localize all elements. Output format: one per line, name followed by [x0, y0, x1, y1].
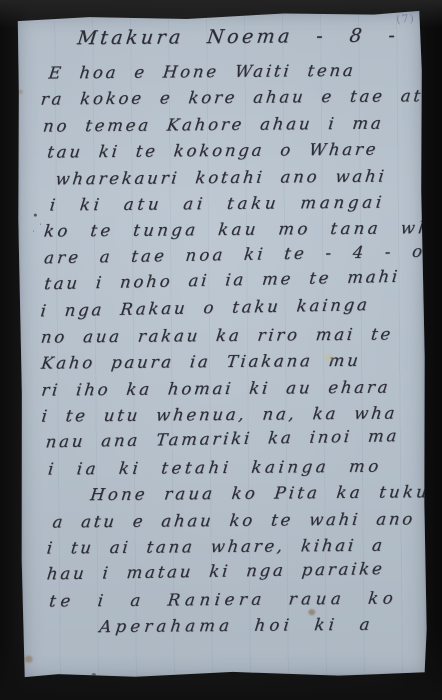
letter-line: nau ana Tamariki ka inoi ma — [20, 426, 425, 459]
letter-line: no aua rakau ka riro mai te — [19, 324, 424, 354]
letter-page: (7) Mtakura Noema - 8 - 158 E hoa e Hone… — [16, 10, 428, 680]
letter-line: te i a Raniera raua ko — [21, 588, 426, 618]
letter-line: no temea Kahore ahau i ma — [17, 113, 422, 143]
stain-spot — [25, 656, 33, 663]
letter-line: ri iho ka homai ki au ehara — [20, 377, 425, 407]
edge-speckles — [92, 673, 96, 676]
letter-line: Kaho paura ia Tiakana mu — [19, 351, 424, 381]
letter-line: Hone raua ko Pita ka tuku — [20, 482, 425, 512]
letter-line: a atu e ahau ko te wahi ano — [21, 509, 426, 539]
letter-heading: Mtakura Noema - 8 - 158 — [17, 24, 423, 64]
letter-line: i ki atu ai taku mangai — [18, 192, 423, 222]
letter-line: Aperahama hoi ki a — [22, 614, 427, 644]
letter-line: E hoa e Hone Waiti tena — [17, 60, 422, 90]
letter-line: ra kokoe e kore ahau e tae atu — [17, 87, 422, 117]
letter-line: tau ki te kokonga o Whare — [17, 139, 422, 169]
photo-backdrop: (7) Mtakura Noema - 8 - 158 E hoa e Hone… — [0, 0, 442, 700]
letter-line: wharekauri kotahi ano wahi — [18, 166, 423, 196]
letter-line: hau i matau ki nga paraike — [21, 559, 426, 592]
letter-body: Mtakura Noema - 8 - 158 E hoa e Hone Wai… — [16, 24, 423, 644]
letter-line: i ia ki tetahi kainga mo — [20, 456, 425, 486]
